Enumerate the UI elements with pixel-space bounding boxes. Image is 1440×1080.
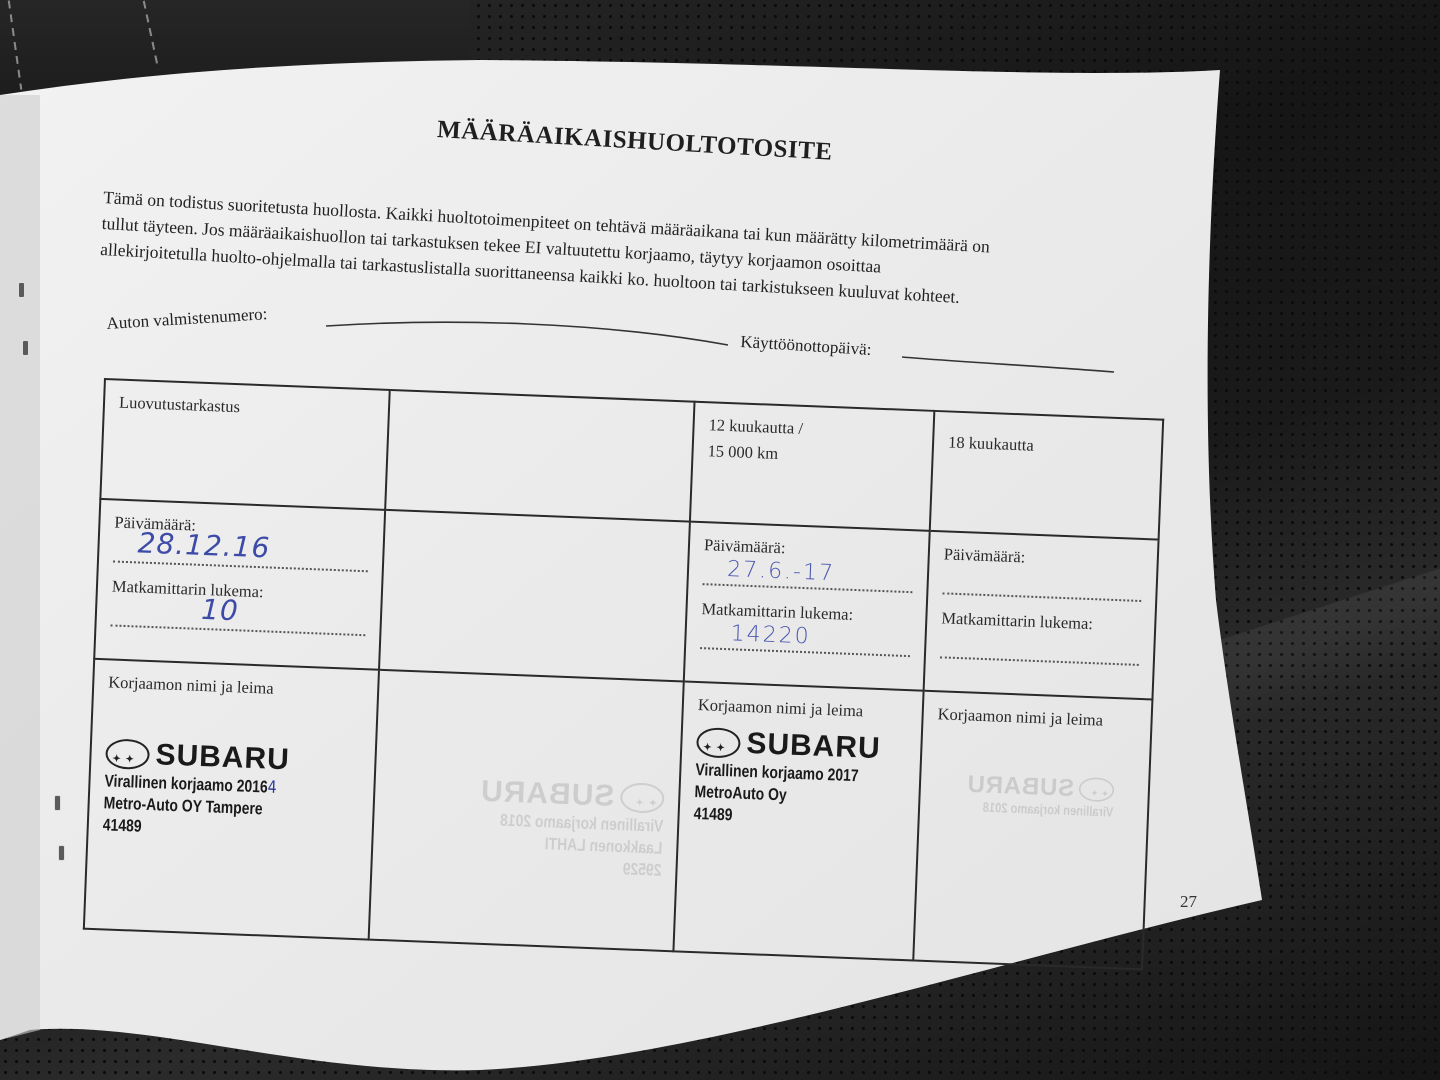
stamp-label: Korjaamon nimi ja leima: [937, 704, 1137, 732]
subaru-logo-icon: [696, 727, 741, 759]
stamp-cell-blank: SUBARU Virallinen korjaamo 2018 Laakkone…: [369, 670, 684, 952]
workshop-stamp: SUBARU Virallinen korjaamo 2017 MetroAut…: [693, 725, 907, 833]
subaru-logo-icon: [620, 782, 665, 814]
stamp-brand: SUBARU: [966, 771, 1074, 802]
subaru-logo-icon: [1078, 777, 1114, 802]
show-through-stamp: SUBARU Virallinen korjaamo 2018 Laakkone…: [386, 771, 665, 881]
header-cell-18-months: 18 kuukautta: [930, 411, 1164, 540]
handwritten-correction: 4: [267, 778, 277, 798]
stamp-brand: SUBARU: [479, 775, 615, 814]
handwritten-odometer: 10: [201, 593, 240, 627]
header-cell-blank: [385, 390, 694, 522]
stamp-cell-12-months: Korjaamon nimi ja leima SUBARU Viralline…: [673, 681, 923, 960]
odometer-field[interactable]: 14220: [700, 621, 911, 657]
date-odometer-cell-blank: [379, 510, 690, 682]
header-label: 12 kuukautta /: [708, 415, 919, 443]
date-odometer-cell-12-months: Päivämäärä: 27.6.-17 Matkamittarin lukem…: [684, 522, 930, 691]
page-number: 27: [1180, 892, 1197, 912]
header-cell-delivery-inspection: Luovutustarkastus: [100, 379, 389, 510]
subaru-logo-icon: [105, 738, 150, 770]
stamp-brand: SUBARU: [155, 738, 291, 777]
service-table: Luovutustarkastus 12 kuukautta / 15 000 …: [83, 378, 1164, 970]
odometer-field[interactable]: [940, 630, 1140, 666]
stamp-label: Korjaamon nimi ja leima: [108, 672, 364, 702]
date-odometer-cell-delivery: Päivämäärä: 28.12.16 Matkamittarin lukem…: [94, 499, 385, 670]
header-label: 18 kuukautta: [948, 432, 1148, 460]
handwritten-date: 27.6.-17: [727, 557, 836, 586]
handwritten-odometer: 14220: [730, 621, 811, 649]
stamp-label: Korjaamon nimi ja leima: [697, 695, 908, 723]
date-odometer-cell-18-months: Päivämäärä: Matkamittarin lukema:: [924, 531, 1159, 700]
service-certificate: MÄÄRÄAIKAISHUOLTOTOSITE Tämä on todistus…: [0, 0, 1440, 1080]
header-cell-12-months: 12 kuukautta / 15 000 km: [690, 402, 934, 531]
stamp-cell-18-months: Korjaamon nimi ja leima SUBARU Viralline…: [913, 691, 1152, 970]
date-field[interactable]: [942, 566, 1142, 602]
stamp-line: Virallinen korjaamo 2018: [982, 799, 1113, 822]
header-label: Luovutustarkastus: [119, 393, 375, 423]
date-field[interactable]: 27.6.-17: [702, 557, 913, 593]
stamp-brand: SUBARU: [746, 727, 882, 766]
header-label: 15 000 km: [707, 441, 918, 469]
stamp-cell-delivery: Korjaamon nimi ja leima SUBARU Viralline…: [84, 659, 379, 940]
handwritten-date: 28.12.16: [137, 526, 271, 564]
workshop-stamp: SUBARU Virallinen korjaamo 20164 Metro-A…: [102, 736, 361, 846]
show-through-stamp: SUBARU Virallinen korjaamo 2018: [954, 771, 1115, 822]
